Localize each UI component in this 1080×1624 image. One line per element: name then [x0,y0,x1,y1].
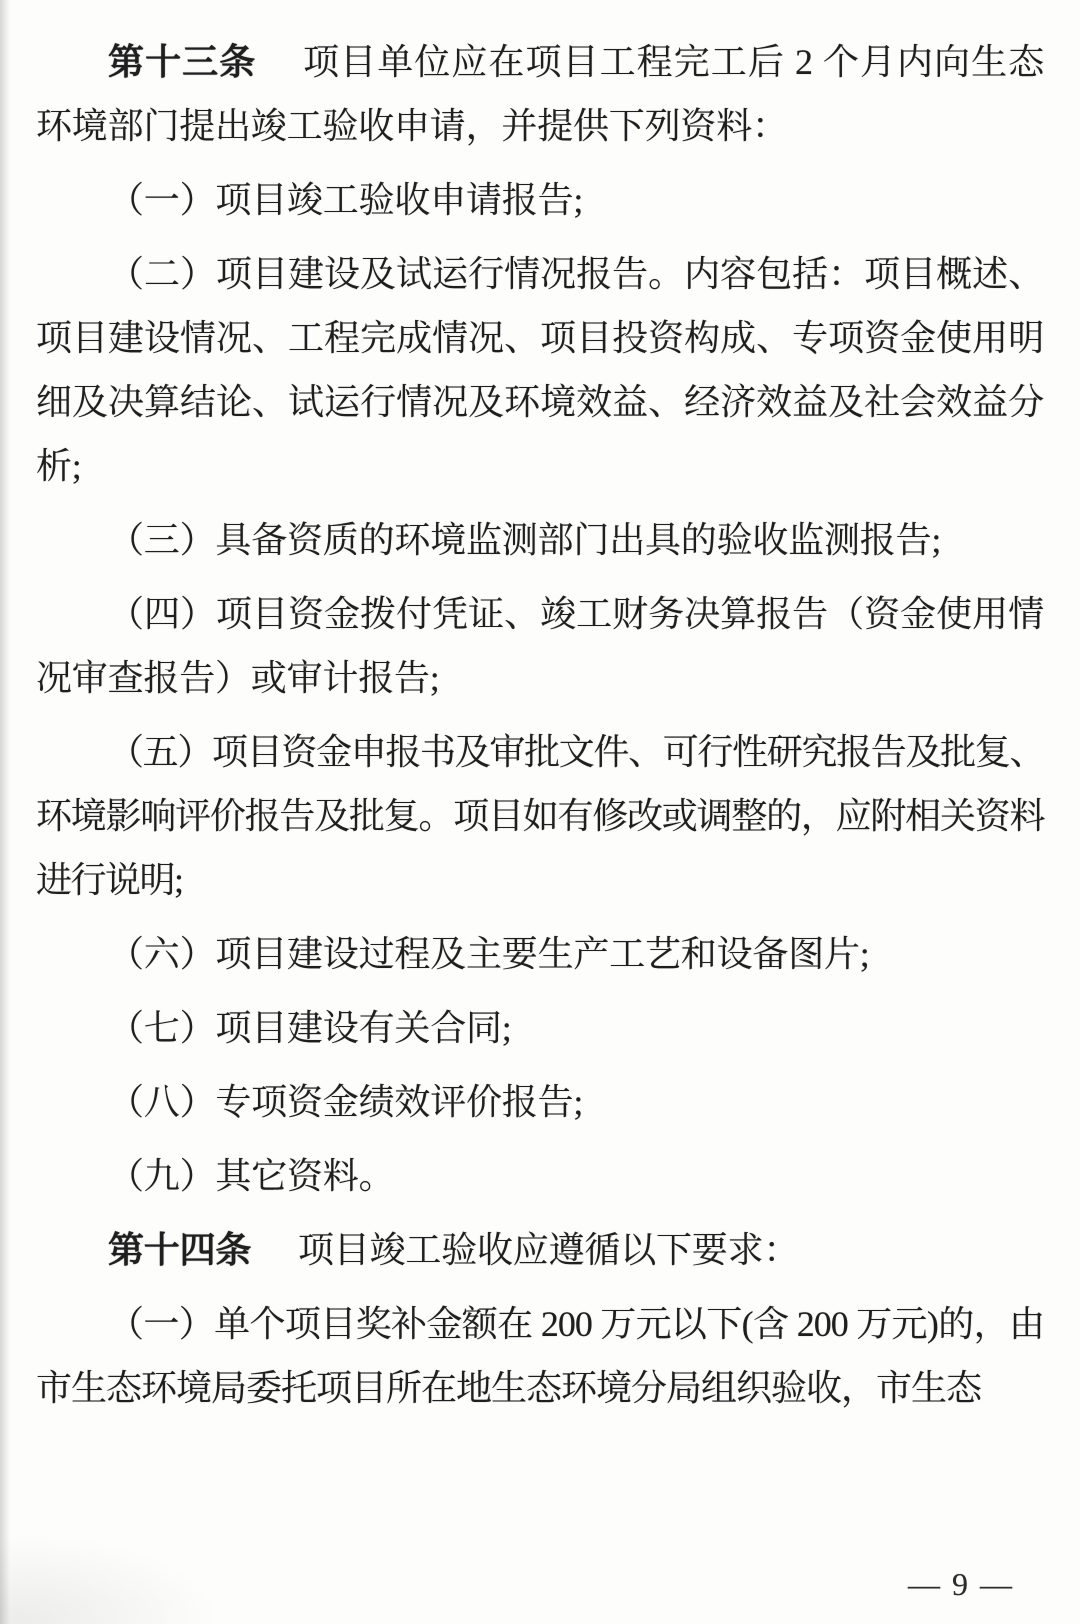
article-14-heading: 第十四条 [108,1230,251,1270]
list-item-2-text: （二）项目建设及试运行情况报告。内容包括：项目概述、项目建设情况、工程完成情况、… [36,254,1044,486]
list-item-9: （九）其它资料。 [36,1144,1044,1208]
list-item-7: （七）项目建设有关合同; [36,996,1044,1060]
list-item-2: （二）项目建设及试运行情况报告。内容包括：项目概述、项目建设情况、工程完成情况、… [36,242,1044,498]
list-item-3: （三）具备资质的环境监测部门出具的验收监测报告; [36,508,1044,572]
list-item-8-text: （八）专项资金绩效评价报告; [108,1082,583,1122]
list-item-4-text: （四）项目资金拨付凭证、竣工财务决算报告（资金使用情况审查报告）或审计报告; [36,594,1044,698]
document-page: { "page": { "footer": "— 9 —" }, "colors… [0,0,1080,1624]
list-item-5: （五）项目资金申报书及审批文件、可行性研究报告及批复、环境影响评价报告及批复。项… [36,720,1044,912]
paragraph-article-14: 第十四条项目竣工验收应遵循以下要求： [36,1218,1044,1282]
article-14-text: 项目竣工验收应遵循以下要求： [298,1230,799,1270]
list-item-9-text: （九）其它资料。 [108,1156,394,1196]
list-item-1: （一）项目竣工验收申请报告; [36,168,1044,232]
list-item-1-text: （一）项目竣工验收申请报告; [108,180,583,220]
article-14-item-1-text: （一）单个项目奖补金额在 200 万元以下(含 200 万元)的，由市生态环境局… [36,1304,1044,1408]
text-block: 第十三条项目单位应在项目工程完工后 2 个月内向生态环境部门提出竣工验收申请，并… [0,0,1080,1420]
list-item-6: （六）项目建设过程及主要生产工艺和设备图片; [36,922,1044,986]
list-item-6-text: （六）项目建设过程及主要生产工艺和设备图片; [108,934,870,974]
list-item-8: （八）专项资金绩效评价报告; [36,1070,1044,1134]
list-item-3-text: （三）具备资质的环境监测部门出具的验收监测报告; [108,520,941,560]
page-number: — 9 — [908,1566,1014,1603]
paragraph-article-13: 第十三条项目单位应在项目工程完工后 2 个月内向生态环境部门提出竣工验收申请，并… [36,30,1044,158]
list-item-4: （四）项目资金拨付凭证、竣工财务决算报告（资金使用情况审查报告）或审计报告; [36,582,1044,710]
list-item-7-text: （七）项目建设有关合同; [108,1008,512,1048]
list-item-5-text: （五）项目资金申报书及审批文件、可行性研究报告及批复、环境影响评价报告及批复。项… [36,732,1044,900]
article-13-heading: 第十三条 [108,42,256,82]
article-14-item-1: （一）单个项目奖补金额在 200 万元以下(含 200 万元)的，由市生态环境局… [36,1292,1044,1420]
